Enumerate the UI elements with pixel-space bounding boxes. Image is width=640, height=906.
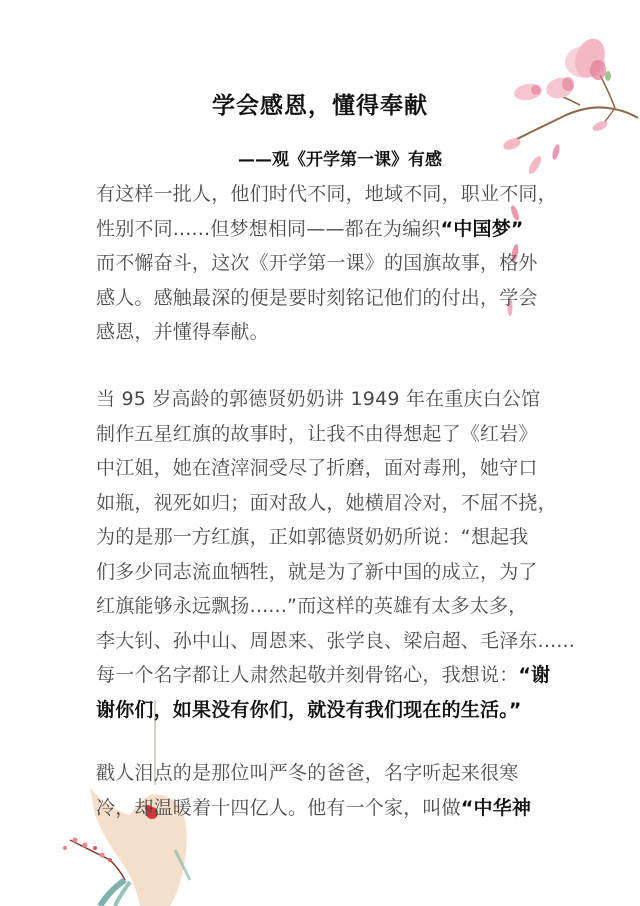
text-line: 戳人泪点的是那位叫严冬的爸爸，名字听起来很寒 xyxy=(96,756,556,791)
body-text: 感人。感触最深的便是要时刻铭记他们的付出，学会 xyxy=(96,287,538,309)
bold-text: “中华神 xyxy=(461,797,531,819)
body-text: 们多少同志流血牺牲，就是为了新中国的成立，为了 xyxy=(96,561,538,583)
body-text: 红旗能够永远飘扬......”而这样的英雄有太多太多， xyxy=(96,595,527,617)
text-line: 性别不同......但梦想相同——都在为编织“中国梦” xyxy=(96,212,556,247)
body-text: 性别不同......但梦想相同——都在为编织 xyxy=(96,218,441,240)
body-text: 当 95 岁高龄的郭德贤奶奶讲 1949 年在重庆白公馆 xyxy=(96,388,540,410)
text-line: 感恩，并懂得奉献。 xyxy=(96,315,556,350)
body-text: 戳人泪点的是那位叫严冬的爸爸，名字听起来很寒 xyxy=(96,762,518,784)
text-line: 制作五星红旗的故事时，让我不由得想起了《红岩》 xyxy=(96,417,556,452)
body-text: 制作五星红旗的故事时，让我不由得想起了《红岩》 xyxy=(96,423,538,445)
body-text: 为的是那一方红旗，正如郭德贤奶奶所说：“想起我 xyxy=(96,526,528,548)
text-line: 如瓶，视死如归；面对敌人，她横眉冷对，不屈不挠， xyxy=(96,486,556,521)
text-line: 谢你们，如果没有你们，就没有我们现在的生活。” xyxy=(96,693,556,728)
text-line: 为的是那一方红旗，正如郭德贤奶奶所说：“想起我 xyxy=(96,520,556,555)
document-title: 学会感恩，懂得奉献 xyxy=(0,87,640,120)
text-line: 感人。感触最深的便是要时刻铭记他们的付出，学会 xyxy=(96,281,556,316)
text-line: 冷，却温暖着十四亿人。他有一个家，叫做“中华神 xyxy=(96,791,556,826)
text-line: 红旗能够永远飘扬......”而这样的英雄有太多太多， xyxy=(96,589,556,624)
body-text: 李大钊、孙中山、周恩来、张学良、梁启超、毛泽东...... xyxy=(96,630,575,652)
body-text: 中江姐，她在渣滓洞受尽了折磨，面对毒刑，她守口 xyxy=(96,457,538,479)
body-text: 而不懈奋斗，这次《开学第一课》的国旗故事，格外 xyxy=(96,252,538,274)
text-line: 每一个名字都让人肃然起敬并刻骨铭心，我想说：“谢 xyxy=(96,658,556,693)
bold-text: “谢 xyxy=(518,664,550,686)
petal-icon xyxy=(520,150,550,180)
bold-text: “中国梦” xyxy=(441,218,524,240)
paragraph-1: 有这样一批人，他们时代不同，地域不同，职业不同，性别不同......但梦想相同—… xyxy=(96,177,556,350)
text-line: 有这样一批人，他们时代不同，地域不同，职业不同， xyxy=(96,177,556,212)
text-line: 中江姐，她在渣滓洞受尽了折磨，面对毒刑，她守口 xyxy=(96,451,556,486)
paragraph-2: 当 95 岁高龄的郭德贤奶奶讲 1949 年在重庆白公馆制作五星红旗的故事时，让… xyxy=(96,382,556,727)
body-text: 有这样一批人，他们时代不同，地域不同，职业不同， xyxy=(96,183,557,205)
text-line: 而不懈奋斗，这次《开学第一课》的国旗故事，格外 xyxy=(96,246,556,281)
body-text: 每一个名字都让人肃然起敬并刻骨铭心，我想说： xyxy=(96,664,518,686)
text-line: 们多少同志流血牺牲，就是为了新中国的成立，为了 xyxy=(96,555,556,590)
document-page: 学会感恩，懂得奉献 ——观《开学第一课》有感 有这样一批人，他们时代不同，地域不… xyxy=(0,0,640,906)
text-line: 当 95 岁高龄的郭德贤奶奶讲 1949 年在重庆白公馆 xyxy=(96,382,556,417)
document-subtitle: ——观《开学第一课》有感 xyxy=(238,145,442,170)
magnolia-branch-icon xyxy=(490,0,640,160)
paragraph-3: 戳人泪点的是那位叫严冬的爸爸，名字听起来很寒冷，却温暖着十四亿人。他有一个家，叫… xyxy=(96,756,556,825)
body-text: 如瓶，视死如归；面对敌人，她横眉冷对，不屈不挠， xyxy=(96,492,557,514)
body-text: 冷，却温暖着十四亿人。他有一个家，叫做 xyxy=(96,797,461,819)
body-text: 感恩，并懂得奉献。 xyxy=(96,321,269,343)
text-line: 李大钊、孙中山、周恩来、张学良、梁启超、毛泽东...... xyxy=(96,624,556,659)
bold-text: 谢你们，如果没有你们，就没有我们现在的生活。” xyxy=(96,699,522,721)
